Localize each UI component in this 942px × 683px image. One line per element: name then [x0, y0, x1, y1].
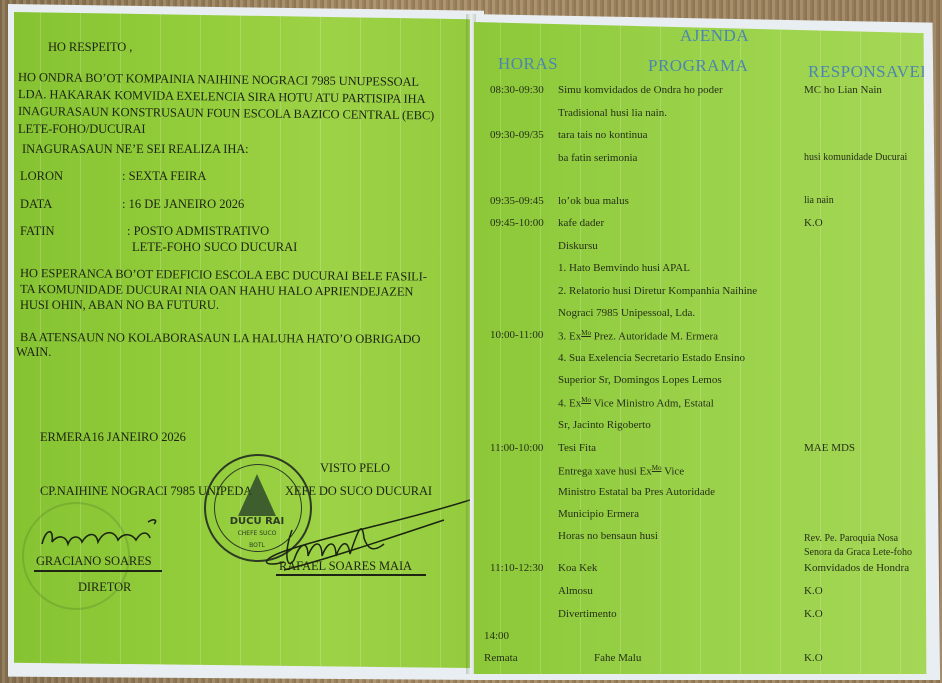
agenda-responsible: Rev. Pe. Paroquia NosaSenora da Graca Le…: [804, 532, 912, 560]
agenda-time: 09:30-09/35: [490, 129, 544, 141]
agenda-responsible: Komvidados de Hondra: [804, 562, 909, 574]
agenda-program: 1. Hato Bemvindo husi APAL: [558, 262, 690, 274]
agenda-program: Nograci 7985 Unipessoal, Lda.: [558, 307, 695, 319]
visto-pelo: VISTO PELO: [320, 461, 390, 475]
agenda-time: 14:00: [484, 630, 509, 642]
detail-value-data: : 16 DE JANEIRO 2026: [122, 197, 244, 211]
agenda-program: Simu komvidados de Ondra ho poder: [558, 84, 723, 96]
header-programa: PROGRAMA: [648, 56, 748, 76]
agenda-program: ba fatin serimonia: [558, 152, 637, 164]
agenda-time: Remata: [484, 652, 518, 664]
agenda-title: AJENDA: [680, 26, 749, 46]
agenda-responsible: husi komunidade Ducurai: [804, 152, 907, 163]
header-responsavel: RESPONSAVEL: [808, 62, 931, 82]
agenda-program: Ministro Estatal ba Pres Autoridade: [558, 486, 715, 498]
agenda-program: kafe dader: [558, 217, 604, 229]
invitation-letter-page: HO RESPEITO , HO ONDRA BO’OT KOMPAINIA N…: [14, 12, 470, 668]
agenda-program: Tradisional husi lia nain.: [558, 107, 667, 119]
agenda-responsible: K.O: [804, 585, 823, 597]
agenda-program: 2. Relatorio husi Diretur Kompanhia Naih…: [558, 285, 757, 297]
greeting: HO RESPEITO ,: [48, 40, 132, 54]
agenda-program: Fahe Malu: [594, 652, 641, 664]
agenda-program: tara tais no kontinua: [558, 129, 648, 141]
paper-texture: [474, 22, 930, 674]
agenda-program: Superior Sr, Domingos Lopes Lemos: [558, 374, 722, 386]
agenda-time: 11:10-12:30: [490, 562, 543, 574]
director-signature-line: [34, 570, 162, 572]
agenda-program: Diskursu: [558, 240, 598, 252]
agenda-time: 08:30-09:30: [490, 84, 544, 96]
agenda-program: Sr, Jacinto Rigoberto: [558, 419, 651, 431]
agenda-program: Tesi Fita: [558, 442, 596, 454]
agenda-program: Divertimento: [558, 608, 617, 620]
agenda-responsible: lia nain: [804, 195, 834, 206]
agenda-responsible: MAE MDS: [804, 442, 855, 454]
agenda-responsible: MC ho Lian Nain: [804, 84, 882, 96]
detail-value-fatin: : POSTO ADMISTRATIVO: [127, 224, 269, 238]
agenda-program: lo’ok bua malus: [558, 195, 629, 207]
thanks-line: BA ATENSAUN NO KOLABORASAUN LA HALUHA HA…: [20, 330, 420, 346]
agenda-responsible: K.O: [804, 217, 823, 229]
agenda-program: Horas no bensaun husi: [558, 530, 658, 542]
thanks-line: WAIN.: [16, 345, 51, 359]
agenda-program: Koa Kek: [558, 562, 597, 574]
hope-line: HUSI OHIN, ABAN NO BA FUTURU.: [20, 298, 219, 312]
agenda-page: AJENDA HORAS PROGRAMA RESPONSAVEL 08:30-…: [474, 22, 930, 674]
intro-line: LETE-FOHO/DUCURAI: [18, 122, 145, 136]
agenda-program: 4. Sua Exelencia Secretario Estado Ensin…: [558, 352, 745, 364]
agenda-program: Entrega xave husi ExMo Vice: [558, 464, 684, 478]
detail-value-fatin-2: LETE-FOHO SUCO DUCURAI: [132, 240, 297, 254]
agenda-time: 11:00-10:00: [490, 442, 543, 454]
hope-line: TA KOMUNIDADE DUCURAI NIA OAN HAHU HALO …: [20, 282, 413, 299]
agenda-responsible: K.O: [804, 652, 823, 664]
agenda-program: 3. ExMo Prez. Autoridade M. Ermera: [558, 329, 718, 343]
director-title: DIRETOR: [78, 580, 131, 594]
agenda-program: 4. ExMo Vice Ministro Adm, Estatal: [558, 396, 714, 410]
header-horas: HORAS: [498, 54, 558, 74]
agenda-time: 10:00-11:00: [490, 329, 543, 341]
director-name: GRACIANO SOARES: [36, 554, 152, 568]
agenda-time: 09:35-09:45: [490, 195, 544, 207]
place-date: ERMERA16 JANEIRO 2026: [40, 430, 186, 444]
detail-value-loron: : SEXTA FEIRA: [122, 169, 206, 183]
detail-label-loron: LORON: [20, 169, 63, 183]
agenda-program: Almosu: [558, 585, 593, 597]
agenda-program: Municipio Ermera: [558, 508, 639, 520]
realiza-heading: INAGURASAUN NE’E SEI REALIZA IHA:: [22, 142, 249, 156]
agenda-responsible: K.O: [804, 608, 823, 620]
detail-label-fatin: FATIN: [20, 224, 55, 238]
director-signature: [38, 514, 168, 554]
chefe-suco-name: RAFAEL SOARES MAIA: [279, 559, 412, 573]
detail-label-data: DATA: [20, 197, 52, 211]
chefe-suco-signature-line: [276, 574, 426, 576]
agenda-time: 09:45-10:00: [490, 217, 544, 229]
